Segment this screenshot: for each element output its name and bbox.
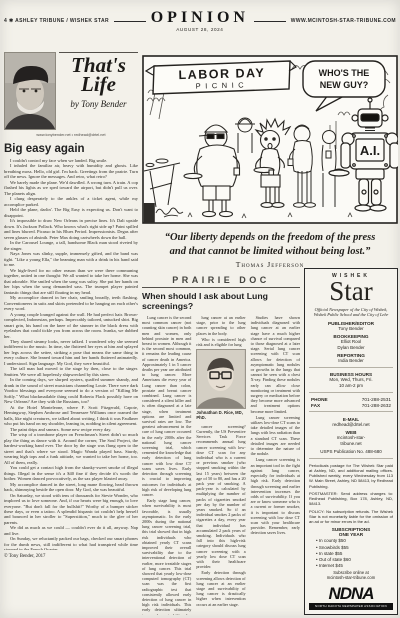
article-paragraph: The tall man had moved to the stage by t… (4, 366, 138, 377)
reporting-name: India Bender (309, 358, 393, 364)
article-paragraph: Early stage lung cancer, when survivabil… (142, 498, 191, 615)
masthead-name: Star (309, 279, 393, 305)
postmaster-notice: POSTMASTER: Send address changes to: Red… (309, 491, 393, 507)
prairie-doc-kicker: PRAIRIE DOC (142, 275, 300, 285)
svg-text:NEW GUY?: NEW GUY? (320, 80, 369, 90)
column-body: I couldn't control my face when we lande… (4, 158, 138, 550)
article-paragraph: At the Hotel Monteleone, where F. Scott … (4, 405, 138, 427)
article-paragraph: On Sunday, we reluctantly packed our bag… (4, 536, 138, 550)
article-paragraph: In the coming days, we slurped oysters, … (4, 377, 138, 404)
article-paragraph: The wisp of a trombone player on Frenchm… (4, 432, 138, 465)
article-paragraph: My accomplice danced in the street, long… (4, 482, 138, 493)
prairie-doc-rule (142, 287, 300, 288)
header-website: WWW.MCINTOSH-STAR-TRIBUNE.COM (291, 18, 396, 24)
columnist-contact: www.tonybender.net • redhead@drtel.net (4, 133, 138, 137)
page-header: 4 ✱ ASHLEY TRIBUNE / WISHEK STAR OPINION… (4, 10, 396, 32)
article-paragraph: You could get a contact high from the sk… (4, 465, 138, 481)
article-paragraph: Lung cancer screening utilizes low-dose … (251, 415, 300, 457)
quote-line2: and that cannot be limited without being… (142, 245, 398, 259)
subscription-rates: • In county $50• Snowbirds $55• In state… (309, 538, 393, 568)
fax-row: FAX 701-288-2632 (309, 403, 393, 408)
article-paragraph: My accomplice danced in her chair, smili… (4, 295, 138, 311)
fax-label: FAX (311, 403, 320, 408)
article-paragraph: A young couple lounged against the wall.… (4, 312, 138, 339)
article-paragraph: Lung cancer screening is an important to… (251, 457, 300, 535)
phone-row: PHONE 701-288-2531 (309, 397, 393, 402)
table-shadow (144, 203, 155, 223)
doctor-portrait (197, 350, 244, 408)
column-headline: Big easy again (4, 143, 138, 155)
periodicals-notice: Periodicals postage for The Wishek Star … (309, 463, 393, 489)
header-rule-left (114, 21, 146, 22)
svg-text:WHO'S THE: WHO'S THE (319, 68, 370, 78)
article-paragraph: Lung cancer is the second most common ca… (142, 315, 191, 497)
col2-bottom-text: cancer screening? Currently, the US Prev… (196, 424, 245, 607)
subscriptions-label-line2: ONE YEAR (309, 532, 393, 537)
article-paragraph: They shared steamy looks, never talked. … (4, 339, 138, 366)
svg-text:PICNIC: PICNIC (196, 80, 249, 90)
subscribe-note-line2: mcintosh-star-tribune.com (309, 575, 393, 580)
column-byline: by Tony Bender (59, 99, 138, 109)
masthead-tagline: Official Newspaper of the City of Wishek… (309, 307, 393, 318)
header-folio: 4 ✱ ASHLEY TRIBUNE / WISHEK STAR (4, 18, 109, 24)
article-paragraph: I inhaled the familiar air, heavy with h… (4, 163, 138, 179)
phone-label: PHONE (311, 397, 328, 402)
article-paragraph: Studies have shown individuals diagnosed… (251, 315, 300, 414)
issue-date: AUGUST 28, 2024 (151, 27, 249, 32)
fax-number: 701-288-2632 (362, 403, 391, 408)
article-paragraph: Naya Jones was slinky, supple, immensely… (4, 251, 138, 267)
col2-top-text: lung cancer at an earlier stage, prior t… (196, 315, 245, 347)
prairie-doc-col1: Lung cancer is the second most common ca… (142, 315, 191, 615)
email-address: redhead@drtel.net (309, 422, 393, 428)
ndna-logo: NDNA NORTH DAKOTA NEWSPAPER ASSOCIATION (309, 585, 393, 610)
phone-number: 701-288-2531 (362, 397, 391, 402)
editorial-cartoon: LABOR DAY PICNIC WHO'S THE NEW GUY? (142, 55, 398, 225)
article-paragraph: On Saturday, we stood with tens of thous… (4, 493, 138, 526)
svg-text:LABOR DAY: LABOR DAY (178, 66, 265, 82)
policy-notice: POLICY: No subscription refunds. The Wis… (309, 509, 393, 525)
bookkeeping-name: Dylan Bender (309, 345, 393, 351)
article-paragraph: cancer screening? Currently, the US Prev… (196, 424, 245, 570)
ndna-logo-subtext: NORTH DAKOTA NEWSPAPER ASSOCIATION (309, 603, 393, 610)
thats-life-column: That's Life by Tony Bender www.tonybende… (4, 52, 138, 559)
newspaper-opinion-page: 4 ✱ ASHLEY TRIBUNE / WISHEK STAR OPINION… (0, 0, 400, 618)
publisher-name: Tony Bender (309, 326, 393, 332)
ndna-logo-text: NDNA (309, 585, 393, 602)
article-paragraph: It's impossible to draw New Orleans in p… (4, 218, 138, 240)
article-paragraph: We did as much as we could — couldn't ev… (4, 525, 138, 536)
copyright-line: © Tony Bender, 2017 (4, 554, 138, 559)
web-address-line2: tribune.net (309, 441, 393, 447)
prairie-doc-section: PRAIRIE DOC When should I ask about Lung… (142, 275, 300, 615)
prairie-doc-headline: When should I ask about Lung screenings? (142, 291, 300, 311)
article-paragraph: Who is considered high risk and is eligi… (196, 337, 245, 347)
section-title: OPINION (151, 10, 249, 26)
tony-bender-photo (4, 52, 56, 130)
doctor-photo (196, 349, 245, 409)
subscription-rate-item: • Internet $45 (309, 563, 393, 569)
header-rule-right (254, 21, 286, 22)
article-paragraph: Held the plane, darlin'. The Big Easy is… (4, 207, 138, 218)
article-paragraph: Early detection through screening allows… (196, 570, 245, 606)
article-paragraph: I clung desperately to the ankles of a t… (4, 196, 138, 207)
usps-number: USPS Publication No. 488-680 (309, 449, 393, 455)
doctor-photo-caption: Johnathan D. Rice, MD, PhD. (196, 410, 245, 421)
article-paragraph: We high-fived for no other reason than w… (4, 268, 138, 295)
press-freedom-quote: “Our liberty depends on the freedom of t… (142, 231, 398, 269)
labor-day-banner: LABOR DAY PICNIC (146, 61, 296, 94)
tony-bender-portrait (5, 53, 55, 129)
quote-line1: “Our liberty depends on the freedom of t… (142, 231, 398, 245)
article-paragraph: lung cancer at an earlier stage, prior t… (196, 315, 245, 336)
prairie-doc-col3: Studies have shown individuals diagnosed… (251, 315, 300, 615)
prairie-doc-col2: lung cancer at an earlier stage, prior t… (196, 315, 245, 615)
svg-text:A.I.: A.I. (360, 143, 380, 158)
column-title-line2: Life (59, 75, 138, 94)
masthead-box: WISHEK Star Official Newspaper of the Ci… (304, 268, 398, 615)
article-paragraph: We barely made the plane. We'd dawdled. … (4, 180, 138, 196)
article-paragraph: In the Carousel Lounge, a tall, handsome… (4, 240, 138, 251)
hours-time: 10 am-2 pm (309, 383, 393, 389)
